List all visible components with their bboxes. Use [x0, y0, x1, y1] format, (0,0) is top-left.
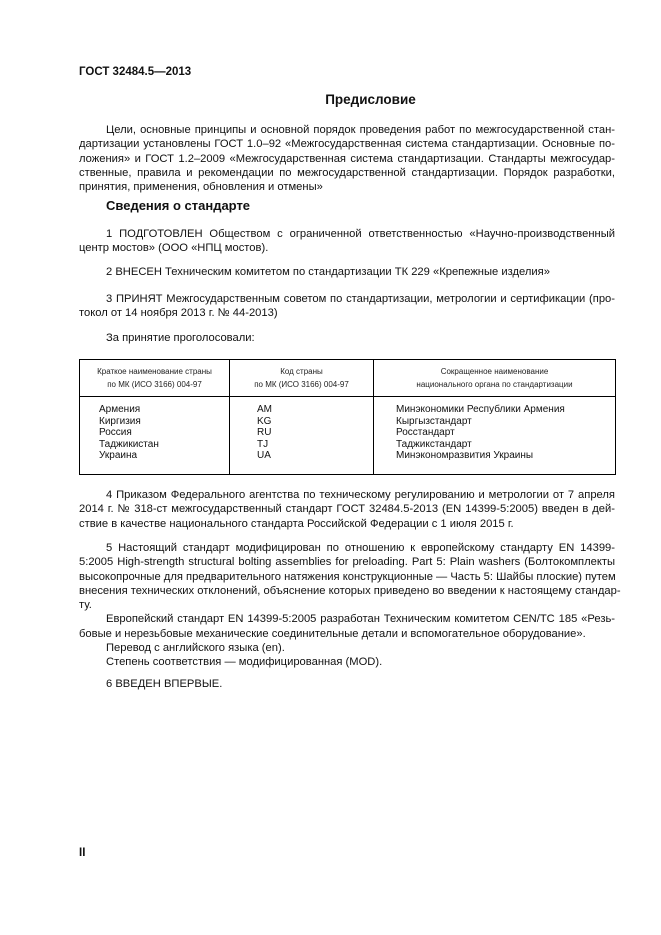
text-line: 4 Приказом Федерального агентства по тех…	[79, 488, 615, 502]
text-line: 2014 г. № 318-ст межгосударственный стан…	[79, 502, 615, 516]
text-line: ту.	[79, 598, 615, 612]
item-4-order: 4 Приказом Федерального агентства по тех…	[79, 488, 615, 531]
text-line: 2 ВНЕСЕН Техническим комитетом по станда…	[79, 265, 615, 279]
text-line: 5 Настоящий стандарт модифицирован по от…	[79, 541, 615, 555]
text-line: дартизации установлены ГОСТ 1.0–92 «Межг…	[79, 137, 615, 151]
item-6-introduced: 6 ВВЕДЕН ВПЕРВЫЕ.	[79, 677, 615, 691]
item-3-adopted: 3 ПРИНЯТ Межгосударственным советом по с…	[79, 292, 615, 321]
item-5-modification: 5 Настоящий стандарт модифицирован по от…	[79, 541, 615, 670]
text-line: Степень соответствия — модифицированная …	[79, 655, 615, 669]
item-1-prepared: 1 ПОДГОТОВЛЕН Обществом с ограниченной о…	[79, 227, 615, 256]
document-code: ГОСТ 32484.5—2013	[79, 66, 191, 78]
voting-table: Краткое наименование страны по МК (ИСО 3…	[79, 359, 616, 475]
header-national-body: Сокращенное наименование национального о…	[374, 360, 616, 397]
text-line: принятия, применения, обновления и отмен…	[79, 180, 615, 194]
header-country-code: Код страны по МК (ИСО 3166) 004-97	[230, 360, 374, 397]
text-line: Европейский стандарт EN 14399-5:2005 раз…	[79, 612, 615, 626]
country-names-cell: Армения Киргизия Россия Таджикистан Укра…	[80, 397, 230, 475]
text-line: внесения технических отклонений, объясне…	[79, 584, 615, 598]
text-line: ложения» и ГОСТ 1.2–2009 «Межгосударстве…	[79, 152, 615, 166]
text-line: Перевод с английского языка (en).	[79, 641, 615, 655]
voted-label: За принятие проголосовали:	[79, 331, 615, 345]
page-number: II	[79, 847, 85, 859]
text-line: токол от 14 ноября 2013 г. № 44-2013)	[79, 306, 615, 320]
table-row: Армения Киргизия Россия Таджикистан Укра…	[80, 397, 616, 475]
foreword-paragraph: Цели, основные принципы и основной поряд…	[79, 123, 615, 194]
text-line: ствие в качестве национального стандарта…	[79, 517, 615, 531]
text-line: 5:2005 High-strength structural bolting …	[79, 555, 615, 569]
text-line: ственные, правила и рекомендации по межг…	[79, 166, 615, 180]
header-country-name: Краткое наименование страны по МК (ИСО 3…	[80, 360, 230, 397]
text-line: бовые и нерезьбовые механические соедини…	[79, 627, 615, 641]
country-codes-cell: AM KG RU TJ UA	[230, 397, 374, 475]
section-title-standard-info: Сведения о стандарте	[106, 198, 250, 213]
foreword-title: Предисловие	[0, 92, 661, 107]
text-line: центр мостов» (ООО «НПЦ мостов).	[79, 241, 615, 255]
text-line: 1 ПОДГОТОВЛЕН Обществом с ограниченной о…	[79, 227, 615, 241]
table-header-row: Краткое наименование страны по МК (ИСО 3…	[80, 360, 616, 397]
text-line: 3 ПРИНЯТ Межгосударственным советом по с…	[79, 292, 615, 306]
text-line: высокопрочные для предварительного натяж…	[79, 570, 615, 584]
text-line: Цели, основные принципы и основной поряд…	[79, 123, 615, 137]
item-2-submitted: 2 ВНЕСЕН Техническим комитетом по станда…	[79, 265, 615, 279]
national-bodies-cell: Минэкономики Республики Армения Кыргызст…	[374, 397, 616, 475]
